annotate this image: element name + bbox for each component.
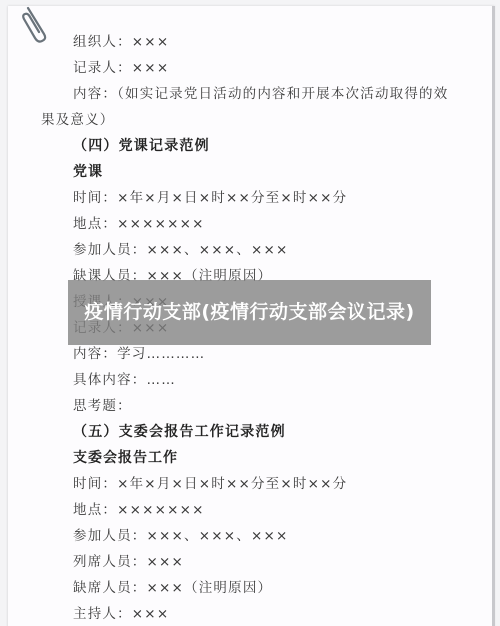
document-line: 列席人员：××× — [73, 553, 184, 571]
title-overlay-banner: 疫情行动支部(疫情行动支部会议记录) — [68, 280, 431, 345]
section-heading: （五）支委会报告工作记录范例 — [73, 423, 286, 441]
subsection-heading: 支委会报告工作 — [73, 449, 178, 467]
document-line: 记录人：××× — [73, 59, 169, 77]
paperclip-icon — [22, 6, 52, 46]
document-line: 参加人员：×××、×××、××× — [73, 527, 289, 545]
document-line: 具体内容：…… — [73, 371, 176, 389]
document-line: 主持人：××× — [73, 605, 169, 623]
document-line: 地点：××××××× — [73, 215, 205, 233]
subsection-heading: 党课 — [73, 163, 103, 181]
document-line: 内容：学习………… — [73, 345, 205, 363]
document-line: 思考题： — [73, 397, 132, 415]
document-line: 内容：（如实记录党日活动的内容和开展本次活动取得的效 — [73, 85, 448, 103]
section-heading: （四）党课记录范例 — [73, 137, 210, 155]
document-line: 组织人：××× — [73, 33, 169, 51]
document-line: 时间：×年×月×日×时××分至×时××分 — [73, 475, 347, 493]
document-line: 时间：×年×月×日×时××分至×时××分 — [73, 189, 347, 207]
document-line: 地点：××××××× — [73, 501, 205, 519]
overlay-title: 疫情行动支部(疫情行动支部会议记录) — [72, 300, 426, 325]
document-line: 果及意义） — [41, 111, 115, 129]
document-line: 参加人员：×××、×××、××× — [73, 241, 289, 259]
document-line: 缺席人员：×××（注明原因） — [73, 579, 272, 597]
